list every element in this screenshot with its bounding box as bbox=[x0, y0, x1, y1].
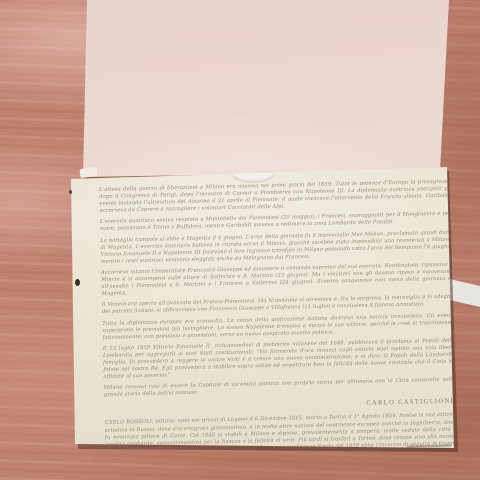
paragraph-4: Accorreva intanto l'Imperatore Francesco… bbox=[101, 262, 454, 299]
paragraph-1: L'attesa della guerra di liberazione a M… bbox=[99, 179, 452, 216]
text-block: L'attesa della guerra di liberazione a M… bbox=[99, 179, 458, 474]
paragraph-6: Tutta la diplomazia europea era sconvolt… bbox=[102, 312, 454, 342]
photo-of-portfolio-folder: L'attesa della guerra di liberazione a M… bbox=[0, 0, 480, 480]
paragraph-3: La battaglia campale si ebbe a Magenta i… bbox=[100, 229, 453, 266]
edge-speck bbox=[69, 190, 72, 194]
paragraph-8: Milano cessava così di essere la Capital… bbox=[104, 377, 456, 399]
author-signature: CARLO CASTIGLIONI bbox=[104, 398, 454, 413]
paragraph-7: Il 13 luglio 1859 Vittorio Emanuele II, … bbox=[103, 337, 456, 381]
edge-speck bbox=[75, 279, 80, 286]
